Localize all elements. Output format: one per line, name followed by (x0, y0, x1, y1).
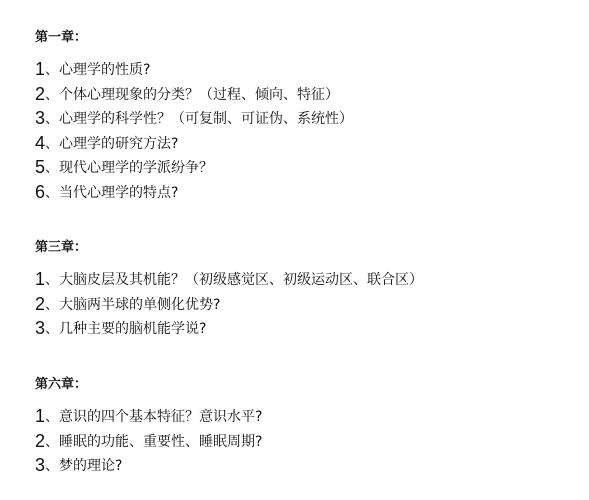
list-item: 6、当代心理学的特点? (35, 180, 353, 205)
item-number: 1 (35, 269, 45, 289)
item-text: 、个体心理现象的分类？（过程、倾向、特征） (45, 87, 339, 103)
item-number: 1 (35, 59, 45, 79)
list-item: 2、大脑两半球的单侧化优势? (35, 292, 423, 317)
list-item: 1、心理学的性质? (35, 57, 353, 82)
item-text: 、睡眠的功能、重要性、睡眠周期? (45, 434, 262, 450)
chapter-heading: 第三章： (35, 238, 423, 258)
item-number: 3 (35, 318, 45, 338)
item-text: 、大脑皮层及其机能？（初级感觉区、初级运动区、联合区） (45, 272, 423, 288)
item-number: 6 (35, 182, 45, 202)
item-number: 5 (35, 157, 45, 177)
list-item: 3、梦的理论? (35, 453, 262, 478)
list-item: 5、现代心理学的学派纷争？ (35, 155, 353, 180)
list-item: 3、心理学的科学性？（可复制、可证伪、系统性） (35, 106, 353, 131)
item-text: 、意识的四个基本特征？意识水平? (45, 409, 262, 425)
list-item: 3、几种主要的脑机能学说? (35, 316, 423, 341)
chapter-6-section: 第六章： 1、意识的四个基本特征？意识水平? 2、睡眠的功能、重要性、睡眠周期?… (35, 375, 262, 478)
item-text: 、大脑两半球的单侧化优势? (45, 297, 220, 313)
item-text: 、心理学的研究方法? (45, 136, 178, 152)
item-text: 、现代心理学的学派纷争？ (45, 160, 213, 176)
item-text: 、心理学的科学性？（可复制、可证伪、系统性） (45, 111, 353, 127)
item-text: 、心理学的性质? (45, 62, 150, 78)
item-number: 2 (35, 84, 45, 104)
list-item: 4、心理学的研究方法? (35, 131, 353, 156)
chapter-3-section: 第三章： 1、大脑皮层及其机能？（初级感觉区、初级运动区、联合区） 2、大脑两半… (35, 238, 423, 341)
item-text: 、梦的理论? (45, 458, 122, 474)
item-number: 3 (35, 108, 45, 128)
list-item: 1、大脑皮层及其机能？（初级感觉区、初级运动区、联合区） (35, 267, 423, 292)
item-number: 2 (35, 431, 45, 451)
chapter-heading: 第一章： (35, 28, 353, 48)
item-number: 3 (35, 455, 45, 475)
item-text: 、几种主要的脑机能学说? (45, 321, 206, 337)
list-item: 2、睡眠的功能、重要性、睡眠周期? (35, 429, 262, 454)
chapter-heading: 第六章： (35, 375, 262, 395)
chapter-1-section: 第一章： 1、心理学的性质? 2、个体心理现象的分类？（过程、倾向、特征） 3、… (35, 28, 353, 205)
item-number: 2 (35, 294, 45, 314)
list-item: 1、意识的四个基本特征？意识水平? (35, 404, 262, 429)
item-number: 4 (35, 133, 45, 153)
list-item: 2、个体心理现象的分类？（过程、倾向、特征） (35, 82, 353, 107)
item-text: 、当代心理学的特点? (45, 185, 178, 201)
item-number: 1 (35, 406, 45, 426)
